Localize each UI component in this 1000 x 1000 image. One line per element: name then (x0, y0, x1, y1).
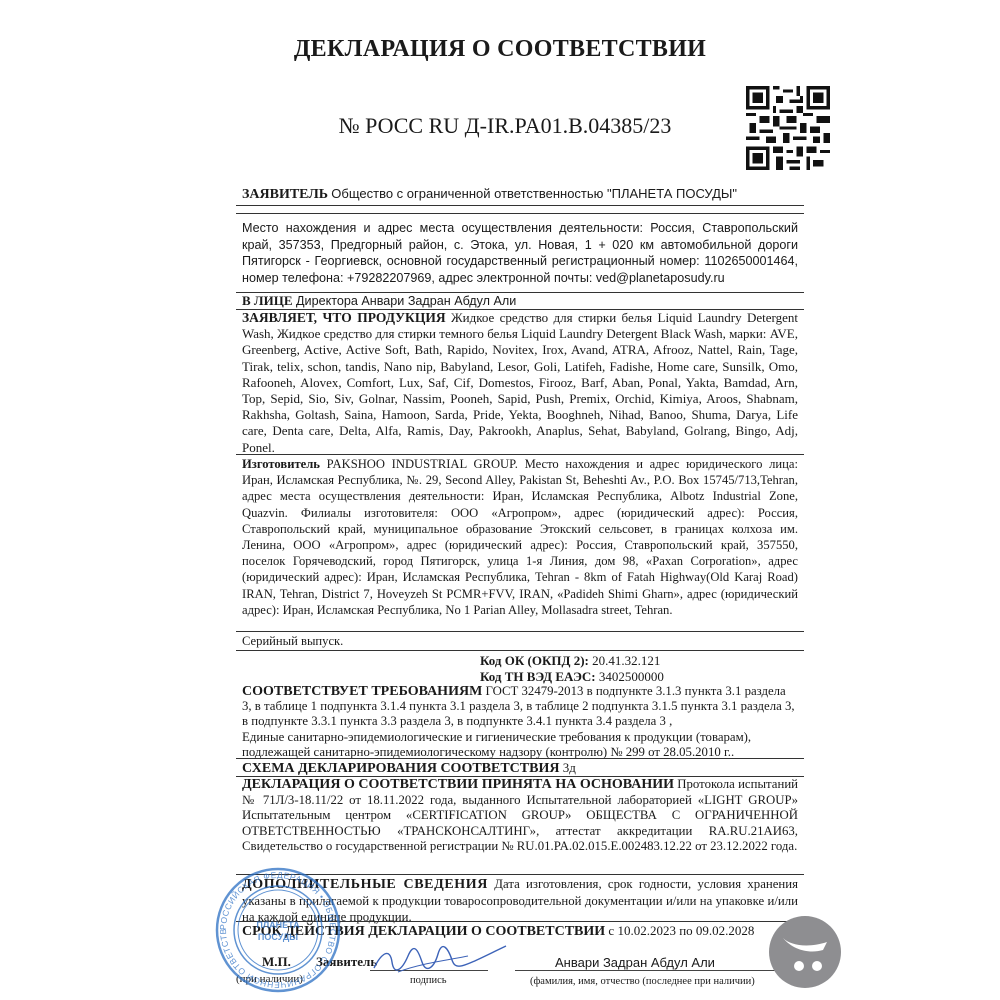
product-section: ЗАЯВЛЯЕТ, ЧТО ПРОДУКЦИЯ Жидкое средство … (242, 310, 798, 456)
divider (236, 205, 804, 206)
conformity-section: СООТВЕТСТВУЕТ ТРЕБОВАНИЯМ ГОСТ 32479-201… (242, 684, 798, 760)
divider (236, 631, 804, 632)
tnved-label: Код ТН ВЭД ЕАЭС: (480, 669, 596, 684)
manufacturer-value: PAKSHOO INDUSTRIAL GROUP. Место нахожден… (242, 457, 798, 617)
signature-caption: подпись (410, 975, 447, 986)
scheme-label: СХЕМА ДЕКЛАРИРОВАНИЯ СООТВЕТСТВИЯ (242, 761, 559, 776)
product-label: ЗАЯВЛЯЕТ, ЧТО ПРОДУКЦИЯ (242, 310, 446, 325)
codes-block: Код ОК (ОКПД 2): 20.41.32.121 Код ТН ВЭД… (480, 653, 800, 684)
okpd-label: Код ОК (ОКПД 2): (480, 653, 589, 668)
basis-section: ДЕКЛАРАЦИЯ О СООТВЕТСТВИИ ПРИНЯТА НА ОСН… (242, 777, 798, 855)
serial-release: Серийный выпуск. (242, 634, 798, 649)
applicant-label: ЗАЯВИТЕЛЬ (242, 187, 328, 202)
signature-icon (368, 942, 508, 976)
svg-text:ПОСУДЫ: ПОСУДЫ (258, 932, 298, 942)
applicant-value: Общество с ограниченной ответственностью… (331, 186, 737, 201)
representative-label: В ЛИЦЕ (242, 293, 293, 308)
cart-button[interactable] (769, 916, 841, 988)
validity-value: с 10.02.2023 по 09.02.2028 (608, 923, 754, 938)
scheme-value: 3д (563, 760, 576, 775)
representative-row: В ЛИЦЕ Директора Анвари Задран Абдул Али (242, 293, 798, 309)
name-line (515, 970, 805, 971)
applicant-address: Место нахождения и адрес места осуществл… (242, 220, 798, 286)
name-caption: (фамилия, имя, отчество (последнее при н… (530, 976, 755, 987)
divider (236, 213, 804, 214)
signatory-name: Анвари Задран Абдул Али (555, 955, 715, 970)
okpd-value: 20.41.32.121 (592, 653, 660, 668)
divider (236, 454, 804, 455)
scheme-row: СХЕМА ДЕКЛАРИРОВАНИЯ СООТВЕТСТВИЯ 3д (242, 760, 798, 777)
conformity-value-2: Единые санитарно-эпидемиологические и ги… (242, 730, 798, 760)
qr-code-icon (746, 86, 830, 170)
divider (236, 650, 804, 651)
tnved-value: 3402500000 (599, 669, 664, 684)
applicant-row: ЗАЯВИТЕЛЬ Общество с ограниченной ответс… (242, 186, 798, 203)
svg-text:ПЛАНЕТА: ПЛАНЕТА (256, 920, 300, 930)
shopping-cart-icon (769, 916, 841, 988)
declaration-number: № РОСС RU Д-IR.PA01.В.04385/23 (0, 113, 1000, 139)
divider (236, 758, 804, 759)
manufacturer-section: Изготовитель PAKSHOO INDUSTRIAL GROUP. М… (242, 456, 798, 618)
product-value: Жидкое средство для стирки белья Liquid … (242, 310, 798, 455)
manufacturer-label: Изготовитель (242, 457, 320, 471)
representative-value: Директора Анвари Задран Абдул Али (296, 294, 516, 308)
conformity-label: СООТВЕТСТВУЕТ ТРЕБОВАНИЯМ (242, 684, 482, 699)
round-seal-stamp-icon: РОССИЙСКАЯ ФЕДЕРАЦИЯ • ОБЩЕСТВО С ОГРАНИ… (214, 866, 342, 994)
basis-label: ДЕКЛАРАЦИЯ О СООТВЕТСТВИИ ПРИНЯТА НА ОСН… (242, 777, 674, 792)
page-title: ДЕКЛАРАЦИЯ О СООТВЕТСТВИИ (0, 36, 1000, 63)
